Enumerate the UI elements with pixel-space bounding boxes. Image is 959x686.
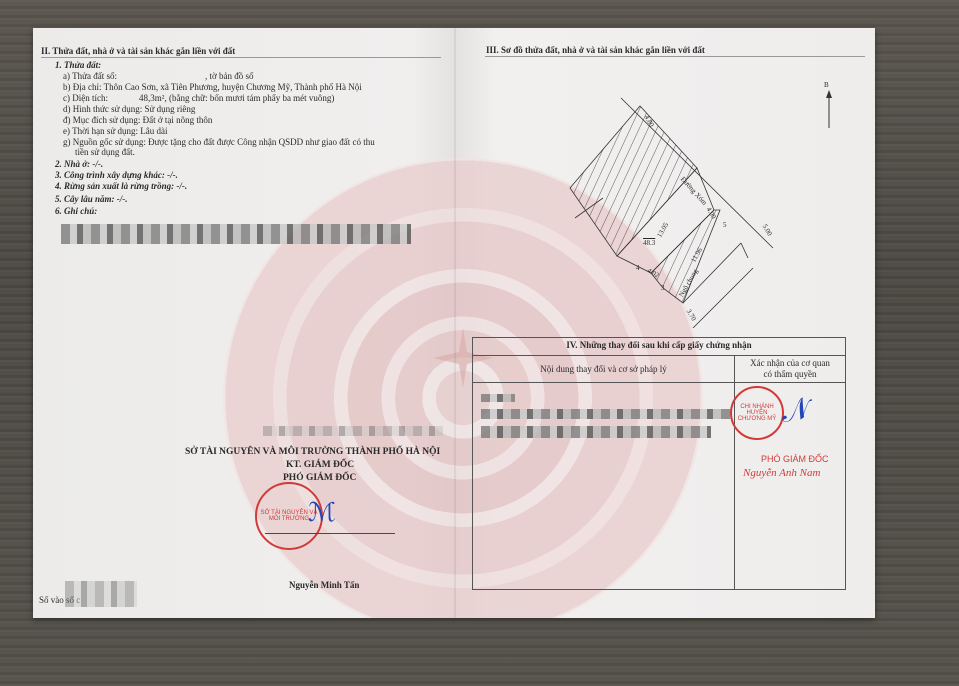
redacted-change-2: [481, 409, 731, 419]
use-form: d) Hình thức sử dụng: Sử dụng riêng: [63, 104, 195, 114]
signature-right: 𝒩: [778, 391, 812, 430]
changes-col-content: Nội dung thay đổi và cơ sở pháp lý: [473, 356, 735, 383]
section-iii-title: III. Sơ đồ thửa đất, nhà ở và tài sản kh…: [486, 45, 705, 55]
use-origin: g) Nguồn gốc sử dụng: Được tặng cho đất …: [63, 137, 375, 147]
issuing-agency: SỞ TÀI NGUYÊN VÀ MÔI TRƯỜNG THÀNH PHỐ HÀ…: [185, 447, 440, 457]
parcel-diagram: [513, 58, 833, 328]
changes-col-authority: Xác nhận của cơ quan có thẩm quyền: [735, 356, 846, 383]
point-4: 4: [636, 263, 640, 273]
use-purpose: đ) Mục đích sử dụng: Đất ở tại nông thôn: [63, 115, 212, 125]
area-label: 48.3: [643, 238, 655, 248]
point-3: 3: [661, 283, 665, 293]
section-ii-title: II. Thửa đất, nhà ở và tài sản khác gắn …: [41, 46, 235, 56]
use-term: e) Thời hạn sử dụng: Lâu dài: [63, 126, 167, 136]
divider: [41, 57, 441, 58]
official-stamp-right: CHI NHÁNH HUYỆN CHƯƠNG MỸ: [730, 386, 784, 440]
redacted-change-3: [481, 426, 711, 438]
kt-director: KT. GIÁM ĐỐC: [286, 460, 354, 470]
parcel-number-label: a) Thửa đất số:: [63, 71, 117, 81]
item-4: 4. Rừng sản xuất là rừng trồng: -/-.: [55, 181, 187, 191]
page-fold: [454, 28, 456, 618]
signature-left: ℳ: [308, 498, 336, 528]
signer-name-right: Nguyễn Anh Nam: [743, 468, 820, 478]
deputy-title-red: PHÓ GIÁM ĐỐC: [761, 454, 829, 464]
north-arrow-label: B: [824, 80, 829, 90]
area-value: 48,3m², (bằng chữ: bốn mươi tám phẩy ba …: [139, 93, 334, 103]
item-1-title: 1. Thửa đất:: [55, 60, 101, 70]
area-label: c) Diện tích:: [63, 93, 108, 103]
item-6: 6. Ghi chú:: [55, 206, 97, 216]
redacted-registry: [65, 581, 137, 607]
signature-stroke: [265, 533, 395, 534]
authority-line-2: có thẩm quyền: [737, 369, 843, 380]
redacted-note: [61, 224, 411, 244]
divider: [485, 56, 865, 57]
point-5: 5: [723, 220, 727, 230]
land-use-certificate: II. Thửa đất, nhà ở và tài sản khác gắn …: [33, 28, 875, 618]
map-number-label: , tờ bản đồ số: [205, 71, 254, 81]
use-origin-cont: tiền sử dụng đất.: [75, 147, 135, 157]
signer-name-left: Nguyễn Minh Tấn: [289, 580, 359, 590]
item-3: 3. Công trình xây dựng khác: -/-.: [55, 170, 178, 180]
redacted-change-1: [481, 394, 515, 402]
address: b) Địa chỉ: Thôn Cao Sơn, xã Tiên Phương…: [63, 82, 362, 92]
item-2: 2. Nhà ở: -/-.: [55, 159, 103, 169]
redacted-text: [263, 426, 443, 436]
item-5: 5. Cây lâu năm: -/-.: [55, 194, 128, 204]
changes-title: IV. Những thay đổi sau khi cấp giấy chứn…: [473, 338, 846, 356]
stamp-line-3: CHƯƠNG MỸ: [738, 416, 777, 422]
authority-line-1: Xác nhận của cơ quan: [737, 358, 843, 369]
